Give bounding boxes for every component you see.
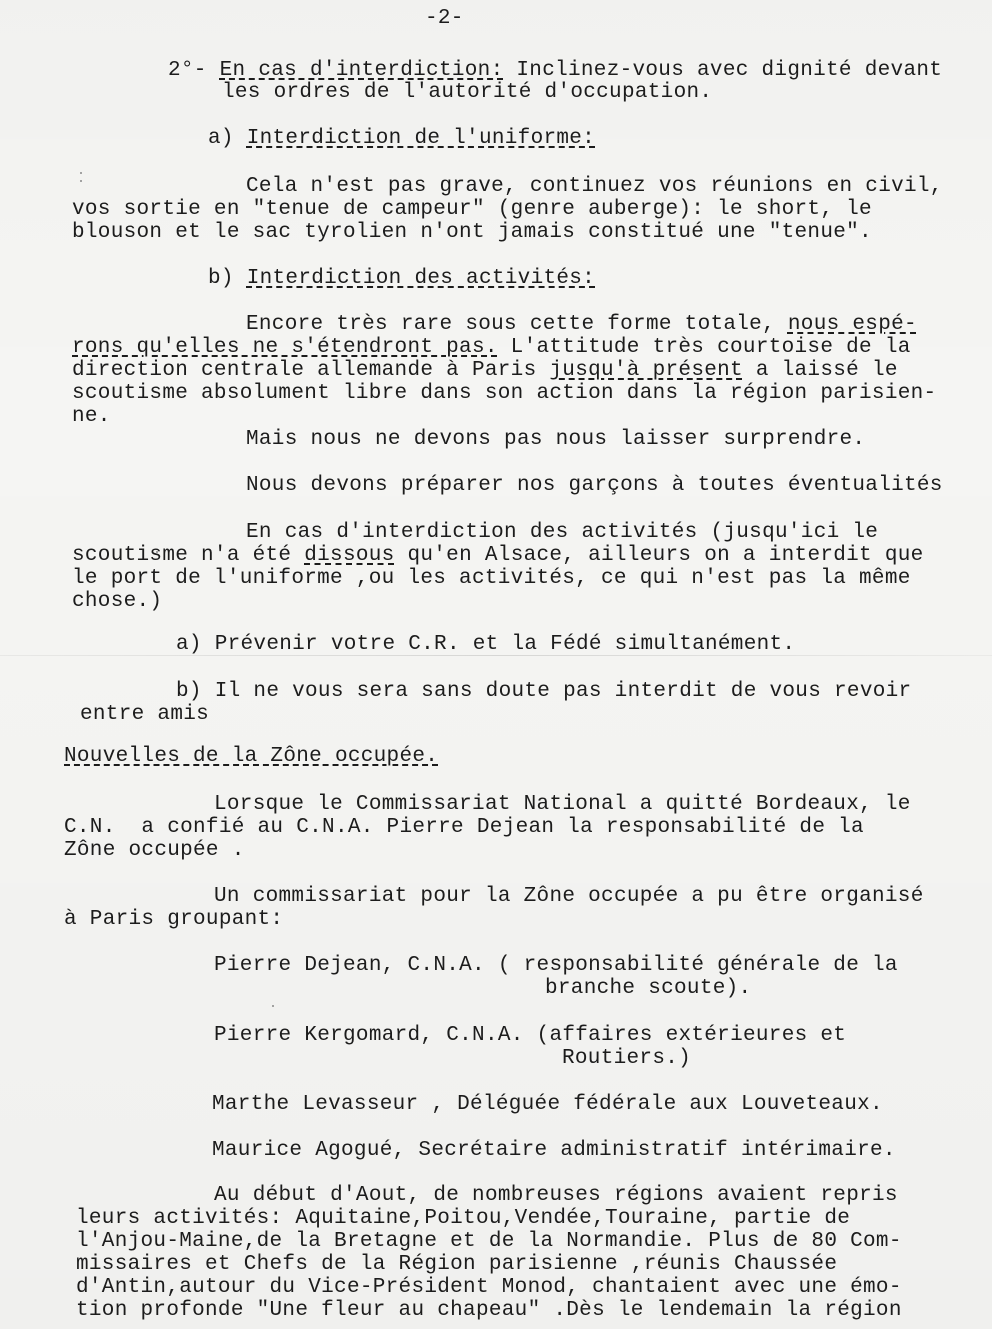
subsection-marker: b) xyxy=(208,267,234,290)
list-item: b) Il ne vous sera sans doute pas interd… xyxy=(176,681,911,703)
paragraph-line: Un commissariat pour la Zône occupée a p… xyxy=(214,886,924,908)
paper-speck xyxy=(80,172,82,174)
paragraph-line: Zône occupée . xyxy=(64,840,245,862)
text-run: direction centrale allemande à Paris xyxy=(72,359,549,382)
paragraph-line: d'Antin,autour du Vice-Président Monod, … xyxy=(76,1277,902,1299)
section-2-line-2: les ordres de l'autorité d'occupation. xyxy=(222,82,712,104)
paragraph-line: Nous devons préparer nos garçons à toute… xyxy=(246,475,943,497)
paragraph-line: Cela n'est pas grave, continuez vos réun… xyxy=(246,176,943,198)
paragraph-line: l'Anjou-Maine,de la Bretagne et de la No… xyxy=(76,1231,902,1253)
paragraph-line: tion profonde "Une fleur au chapeau" .Dè… xyxy=(76,1300,902,1322)
list-marker: b) xyxy=(176,680,202,703)
underlined-text: jusqu'à présent xyxy=(549,359,743,382)
list-item-continuation: entre amis xyxy=(80,704,209,726)
member-line: Pierre Kergomard, C.N.A. (affaires extér… xyxy=(214,1025,846,1047)
paper-speck xyxy=(80,180,82,182)
paragraph-line: Encore très rare sous cette forme totale… xyxy=(246,314,917,336)
paragraph-line: C.N. a confié au C.N.A. Pierre Dejean la… xyxy=(64,817,864,839)
paragraph-line: ne. xyxy=(72,406,111,428)
underlined-text: rons qu'elles ne s'étendront pas. xyxy=(72,336,498,359)
paragraph-line: Mais nous ne devons pas nous laisser sur… xyxy=(246,429,865,451)
underlined-text: dissous xyxy=(304,544,394,567)
paragraph-line: direction centrale allemande à Paris jus… xyxy=(72,360,898,382)
subsection-b-heading: b) Interdiction des activités: xyxy=(208,268,595,290)
section-heading-nouvelles: Nouvelles de la Zône occupée. xyxy=(64,746,438,768)
section-heading: En cas d'interdiction: xyxy=(220,59,504,82)
paragraph-line: Au début d'Aout, de nombreuses régions a… xyxy=(214,1185,898,1207)
section-2-line-1: 2°- En cas d'interdiction: Inclinez-vous… xyxy=(168,60,942,82)
subsection-title: Interdiction des activités: xyxy=(247,267,595,290)
subsection-title: Interdiction de l'uniforme: xyxy=(247,127,595,150)
paragraph-line: rons qu'elles ne s'étendront pas. L'atti… xyxy=(72,337,911,359)
member-line: Maurice Agogué, Secrétaire administratif… xyxy=(212,1140,896,1162)
subsection-marker: a) xyxy=(208,127,234,150)
section-number: 2°- xyxy=(168,59,207,82)
member-line-cont: branche scoute). xyxy=(545,978,751,1000)
subsection-a-heading: a) Interdiction de l'uniforme: xyxy=(208,128,595,150)
paragraph-line: vos sortie en "tenue de campeur" (genre … xyxy=(72,199,872,221)
paragraph-line: le port de l'uniforme ,ou les activités,… xyxy=(72,568,911,590)
member-line: Marthe Levasseur , Déléguée fédérale aux… xyxy=(212,1094,883,1116)
list-item: a) Prévenir votre C.R. et la Fédé simult… xyxy=(176,634,795,656)
paragraph-line: scoutisme n'a été dissous qu'en Alsace, … xyxy=(72,545,924,567)
paper-speck xyxy=(272,1005,274,1007)
page-number: -2- xyxy=(425,8,464,30)
list-item-text: Prévenir votre C.R. et la Fédé simultané… xyxy=(215,633,796,656)
document-page: -2- 2°- En cas d'interdiction: Inclinez-… xyxy=(0,0,992,1329)
member-line: Pierre Dejean, C.N.A. ( responsabilité g… xyxy=(214,955,898,977)
text-run: scoutisme n'a été xyxy=(72,544,304,567)
paragraph-line: leurs activités: Aquitaine,Poitou,Vendée… xyxy=(76,1208,850,1230)
list-marker: a) xyxy=(176,633,202,656)
member-line-cont: Routiers.) xyxy=(562,1048,691,1070)
paragraph-line: missaires et Chefs de la Région parisien… xyxy=(76,1254,837,1276)
section-heading-rest: Inclinez-vous avec dignité devant xyxy=(503,59,942,82)
paragraph-line: Lorsque le Commissariat National a quitt… xyxy=(214,794,911,816)
paragraph-line: En cas d'interdiction des activités (jus… xyxy=(246,522,878,544)
text-run: a laissé le xyxy=(743,359,898,382)
paragraph-line: scoutisme absolument libre dans son acti… xyxy=(72,383,936,405)
underlined-text: nous espé- xyxy=(788,313,917,336)
text-run: qu'en Alsace, ailleurs on a interdit que xyxy=(395,544,924,567)
paragraph-line: chose.) xyxy=(72,591,162,613)
text-run: L'attitude très courtoise de la xyxy=(498,336,911,359)
paragraph-line: blouson et le sac tyrolien n'ont jamais … xyxy=(72,222,872,244)
text-run: Encore très rare sous cette forme totale… xyxy=(246,313,788,336)
list-item-text: Il ne vous sera sans doute pas interdit … xyxy=(215,680,912,703)
paragraph-line: à Paris groupant: xyxy=(64,909,283,931)
section-heading-text: Nouvelles de la Zône occupée. xyxy=(64,745,438,768)
